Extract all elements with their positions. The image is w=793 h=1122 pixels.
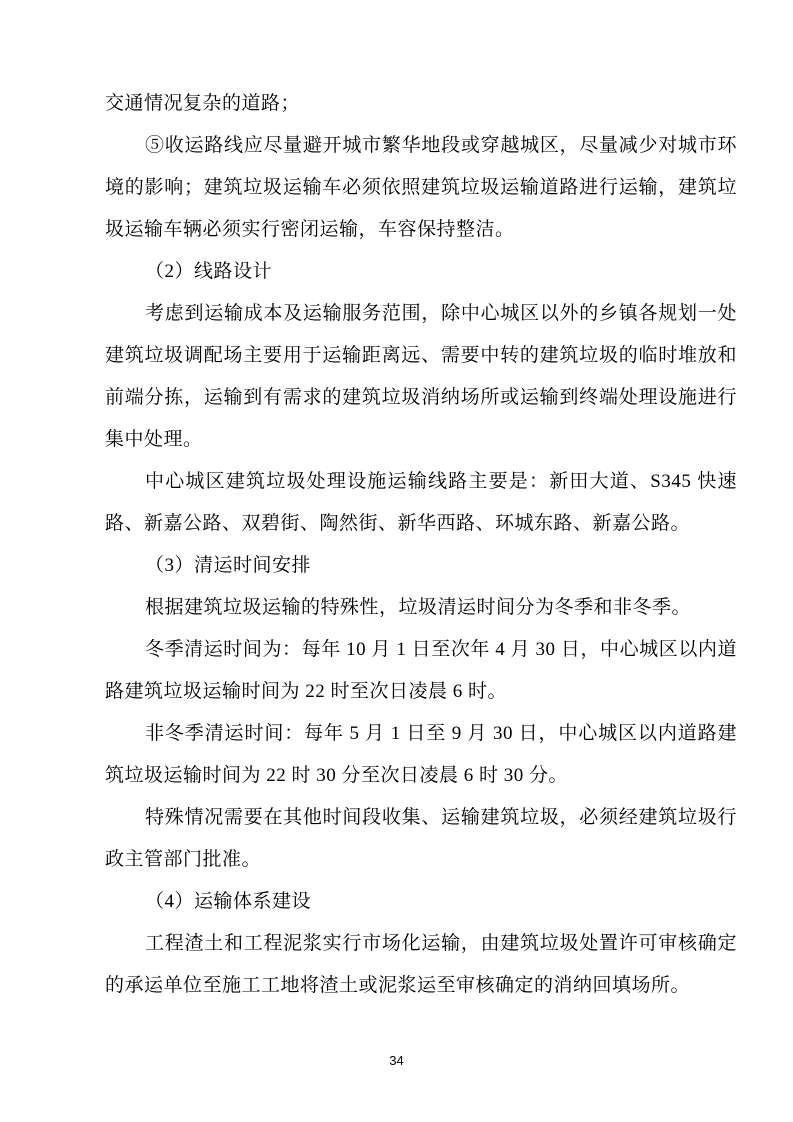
paragraph: （4）运输体系建设 [105,881,737,923]
paragraph: 考虑到运输成本及运输服务范围，除中心城区以外的乡镇各规划一处建筑垃圾调配场主要用… [105,293,737,461]
paragraph: 工程渣土和工程泥浆实行市场化运输，由建筑垃圾处置许可审核确定的承运单位至施工工地… [105,923,737,1007]
paragraph: 中心城区建筑垃圾处理设施运输线路主要是：新田大道、S345 快速路、新嘉公路、双… [105,461,737,545]
paragraph: 冬季清运时间为：每年 10 月 1 日至次年 4 月 30 日，中心城区以内道路… [105,629,737,713]
paragraph: （2）线路设计 [105,251,737,293]
paragraph: 交通情况复杂的道路； [105,83,737,125]
page-footer: 34 [0,1052,793,1070]
paragraph: 特殊情况需要在其他时间段收集、运输建筑垃圾，必须经建筑垃圾行政主管部门批准。 [105,797,737,881]
document-body: 交通情况复杂的道路；⑤收运路线应尽量避开城市繁华地段或穿越城区，尽量减少对城市环… [105,83,737,1007]
paragraph: 非冬季清运时间：每年 5 月 1 日至 9 月 30 日，中心城区以内道路建筑垃… [105,713,737,797]
page-number: 34 [389,1053,403,1068]
paragraph: ⑤收运路线应尽量避开城市繁华地段或穿越城区，尽量减少对城市环境的影响；建筑垃圾运… [105,125,737,251]
document-page: 交通情况复杂的道路；⑤收运路线应尽量避开城市繁华地段或穿越城区，尽量减少对城市环… [0,0,793,1122]
paragraph: （3）清运时间安排 [105,545,737,587]
paragraph: 根据建筑垃圾运输的特殊性，垃圾清运时间分为冬季和非冬季。 [105,587,737,629]
